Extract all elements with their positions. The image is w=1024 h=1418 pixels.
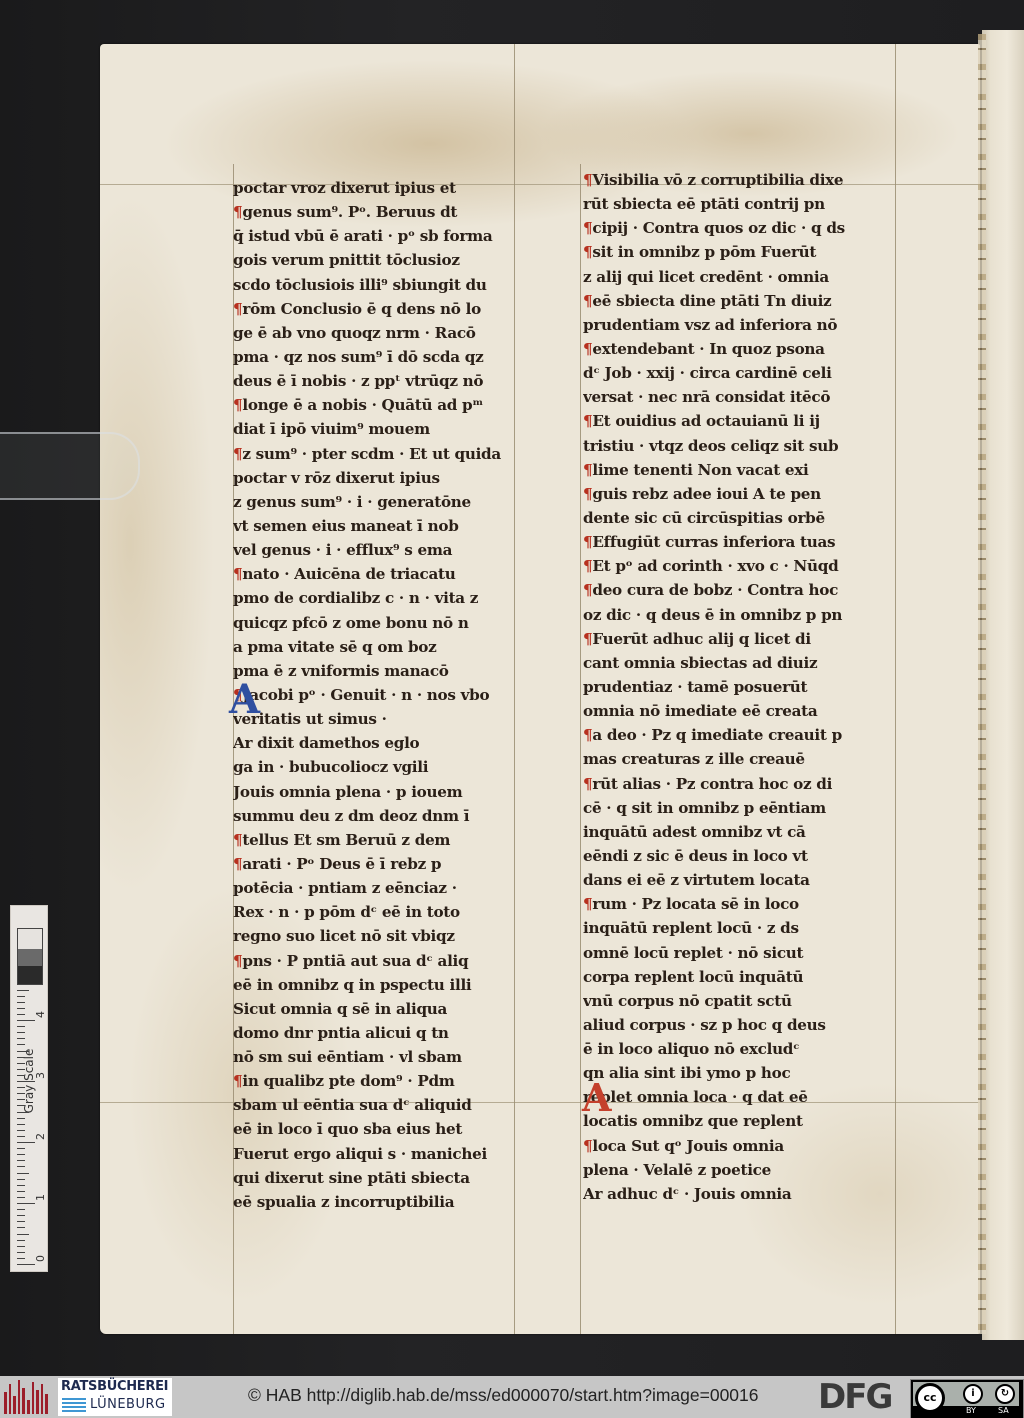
rubric-mark: ¶ [583, 726, 592, 744]
rubric-mark: ¶ [233, 565, 242, 583]
manuscript-line: qui dixerut sine ptāti sbiecta [233, 1166, 523, 1190]
hab-logo-icon[interactable] [4, 1380, 48, 1414]
ruler-tick [17, 1093, 25, 1094]
rubric-mark: ¶ [233, 300, 242, 318]
manuscript-line: ¶Fuerūt adhuc alij q licet di [583, 627, 903, 651]
logo-bar [45, 1394, 48, 1414]
manuscript-line: versat · nec nrā considat itēcō [583, 385, 903, 409]
ruler-tick [17, 1252, 25, 1253]
ruler-tick [17, 1246, 25, 1247]
ruler-tick [17, 1099, 25, 1100]
ruler-tick [17, 1240, 25, 1241]
text-column-left: poctar vroz dixerut ipius et¶genus sum⁹.… [233, 176, 523, 1214]
manuscript-line: pma ē z vniformis manacō [233, 659, 523, 683]
rubric-mark: ¶ [583, 630, 592, 648]
ruler-tick [17, 1014, 25, 1015]
manuscript-line: ¶guis rebz adee ioui A te pen [583, 482, 903, 506]
text-column-right: ¶Visibilia vō z corruptibilia dixerūt sb… [583, 168, 903, 1206]
manuscript-line: sbam ul eēntia sua dᶜ aliquid [233, 1093, 523, 1117]
manuscript-line: eēndi z sic ē deus in loco vt [583, 844, 903, 868]
ruler-tick [17, 1002, 25, 1003]
rubric-mark: ¶ [233, 396, 242, 414]
ruler-tick [17, 1063, 25, 1064]
ruler-tick [17, 1051, 29, 1052]
manuscript-line: ¶tellus Et sm Beruū z dem [233, 828, 523, 852]
ruler-tick [17, 1258, 25, 1259]
manuscript-line: inquātū adest omnibz vt cā [583, 820, 903, 844]
manuscript-line: dente sic cū circūspitias orbē [583, 506, 903, 530]
ruler-tick [17, 1160, 25, 1161]
rubric-mark: ¶ [233, 203, 242, 221]
manuscript-line: dans ei eē z virtutem locata [583, 868, 903, 892]
ruler-tick-number: 3 [34, 1072, 47, 1079]
manuscript-line: Jouis omnia plena · p iouem [233, 780, 523, 804]
manuscript-line: qn alia sint ibi ymo p hoc [583, 1061, 903, 1085]
ruler-tick [17, 1203, 35, 1204]
manuscript-line: pma · qz nos sum⁹ ī dō scda qz [233, 345, 523, 369]
rubric-mark: ¶ [233, 1072, 242, 1090]
manuscript-line: omnē locū replet · nō sicut [583, 941, 903, 965]
manuscript-line: ge ē ab vno quoqz nrm · Racō [233, 321, 523, 345]
ruler-tick [17, 1118, 25, 1119]
manuscript-line: potēcia · pntiam z eēnciaz · [233, 876, 523, 900]
manuscript-line: gois verum pnittit tōclusioz [233, 248, 523, 272]
plastic-page-clip [0, 432, 140, 500]
manuscript-line: ¶deo cura de bobz · Contra hoc [583, 578, 903, 602]
rubric-mark: ¶ [233, 445, 242, 463]
ruler-tick-number: 1 [34, 1194, 47, 1201]
manuscript-line: ga in · bubucoliocz vgili [233, 755, 523, 779]
manuscript-line: a pma vitate sē q om boz [233, 635, 523, 659]
manuscript-line: rūt sbiecta eē ptāti contrij pn [583, 192, 903, 216]
gray-scale-ruler: Gray Scale 01234 [10, 905, 48, 1272]
manuscript-line: ¶loca Sut qᵒ Jouis omnia [583, 1134, 903, 1158]
rubric-mark: ¶ [583, 557, 592, 575]
manuscript-line: ¶sit in omnibz p pōm Fuerūt [583, 240, 903, 264]
ruler-tick [17, 1148, 25, 1149]
manuscript-line: diat ī ipō viuim⁹ mouem [233, 417, 523, 441]
manuscript-line: aliud corpus · sz p hoc q deus [583, 1013, 903, 1037]
ruler-tick [17, 1020, 35, 1021]
manuscript-line: ¶extendebant · In quoz psona [583, 337, 903, 361]
rubric-mark: ¶ [233, 952, 242, 970]
rubric-mark: ¶ [583, 895, 592, 913]
manuscript-line: cē · q sit in omnibz p eēntiam [583, 796, 903, 820]
rubric-mark: ¶ [583, 581, 592, 599]
open-book-icon [62, 1398, 86, 1414]
manuscript-line: pmo de cordialibz c · n · vita z [233, 586, 523, 610]
dfg-logo[interactable]: DFG [818, 1380, 891, 1414]
logo-bar [41, 1384, 44, 1414]
logo-bar [9, 1384, 12, 1414]
manuscript-line: Ar adhuc dᶜ · Jouis omnia [583, 1182, 903, 1206]
logo-bar [18, 1380, 21, 1414]
ruler-tick [17, 1044, 25, 1045]
manuscript-line: ¶rum · Pz locata sē in loco [583, 892, 903, 916]
manuscript-line: ¶cipij · Contra quos oz dic · q ds [583, 216, 903, 240]
manuscript-line: ¶a deo · Pz q imediate creauit p [583, 723, 903, 747]
manuscript-line: ¶lime tenenti Non vacat exi [583, 458, 903, 482]
ruler-tick [17, 1185, 25, 1186]
rubric-mark: ¶ [233, 831, 242, 849]
ruler-tick [17, 996, 25, 997]
cc-by-sa-badge[interactable]: cc i ↻ BY SA [910, 1379, 1024, 1418]
ruler-tick [17, 1075, 25, 1076]
rubric-mark: ¶ [583, 219, 592, 237]
manuscript-line: deus ē ī nobis · z ppᵗ vtrūqz nō [233, 369, 523, 393]
ruler-tick [17, 1057, 25, 1058]
logo-bar [22, 1388, 25, 1414]
ruler-tick [17, 990, 29, 991]
logo-bar [13, 1396, 16, 1414]
manuscript-line: ¶arati · Pᵒ Deus ē ī rebz p [233, 852, 523, 876]
manuscript-line: ¶z sum⁹ · pter scdm · Et ut quida [233, 442, 523, 466]
ratsbuecherei-logo[interactable]: RATSBÜCHEREI LÜNEBURG [58, 1378, 172, 1416]
cc-icon: cc [915, 1383, 945, 1413]
rubric-mark: ¶ [583, 171, 592, 189]
manuscript-line: poctar vroz dixerut ipius et [233, 176, 523, 200]
logo-bar [4, 1392, 7, 1414]
manuscript-line: cant omnia sbiectas ad diuiz [583, 651, 903, 675]
manuscript-line: poctar v rōz dixerut ipius [233, 466, 523, 490]
manuscript-line: regno suo licet nō sit vbiqz [233, 924, 523, 948]
manuscript-line: Fuerut ergo aliqui s · manichei [233, 1142, 523, 1166]
gray-swatch-dark [17, 966, 43, 985]
manuscript-line: ¶genus sum⁹. Pᵒ. Beruus dt [233, 200, 523, 224]
ruler-tick [17, 1234, 29, 1235]
manuscript-line: oz dic · q deus ē in omnibz p pn [583, 603, 903, 627]
ruler-tick-number: 4 [34, 1011, 47, 1018]
ruler-tick-number: 0 [34, 1255, 47, 1262]
rubric-mark: ¶ [583, 1137, 592, 1155]
rubric-mark: ¶ [583, 461, 592, 479]
manuscript-line: nō sm sui eēntiam · vl sbam [233, 1045, 523, 1069]
manuscript-line: dᶜ Job · xxij · circa cardinē celi [583, 361, 903, 385]
manuscript-line: ¶rōm Conclusio ē q dens nō lo [233, 297, 523, 321]
rubric-mark: ¶ [583, 340, 592, 358]
by-attribution-icon: i [963, 1384, 983, 1404]
manuscript-line: ¶in qualibz pte dom⁹ · Pdm [233, 1069, 523, 1093]
manuscript-line: scdo tōclusiois illi⁹ sbiungit du [233, 273, 523, 297]
logo-bar [32, 1382, 35, 1414]
manuscript-line: inquātū replent locū · z ds [583, 916, 903, 940]
manuscript-line: ¶eē sbiecta dine ptāti Tn diuiz [583, 289, 903, 313]
by-label: BY [966, 1406, 976, 1415]
decorated-initial-blue: A [229, 680, 263, 720]
ruler-tick [17, 1038, 25, 1039]
manuscript-line: q̄ istud vbū ē arati · pᵒ sb forma [233, 224, 523, 248]
manuscript-line: quicqz pfcō z ome bonu nō n [233, 611, 523, 635]
ruling-line-center-right [580, 164, 581, 1334]
rubric-mark: ¶ [583, 533, 592, 551]
ruler-tick-number: 2 [34, 1133, 47, 1140]
ruler-tick [17, 1112, 29, 1113]
manuscript-line: ¶Et ouidius ad octauianū li ij [583, 409, 903, 433]
rubric-mark: ¶ [583, 243, 592, 261]
rubric-mark: ¶ [583, 292, 592, 310]
ruler-tick [17, 1124, 25, 1125]
manuscript-line: z genus sum⁹ · i · generatōne [233, 490, 523, 514]
ruler-tick [17, 1209, 25, 1210]
ruler-tick [17, 1173, 29, 1174]
ruler-tick [17, 1026, 25, 1027]
decorated-initial-red: A [582, 1078, 612, 1118]
manuscript-line: ¶pns · P pntiā aut sua dᶜ aliq [233, 949, 523, 973]
ruler-tick [17, 1142, 35, 1143]
manuscript-line: z alij qui licet credēnt · omnia [583, 265, 903, 289]
ruler-tick [17, 1069, 25, 1070]
manuscript-line: vel genus · i · efflux⁹ s ema [233, 538, 523, 562]
rubric-mark: ¶ [583, 412, 592, 430]
manuscript-line: ē in loco aliquo nō excludᶜ [583, 1037, 903, 1061]
logo-bar [27, 1400, 30, 1414]
manuscript-line: ¶nato · Auicēna de triacatu [233, 562, 523, 586]
manuscript-line: summu deu z dm deoz dnm ī [233, 804, 523, 828]
ruler-tick [17, 1191, 25, 1192]
manuscript-line: mas creaturas z ille creauē [583, 747, 903, 771]
ruler-tick [17, 1264, 35, 1265]
manuscript-line: tristiu · vtqz deos celiqz sit sub [583, 434, 903, 458]
ruler-tick [17, 1136, 25, 1137]
ruler-tick [17, 1081, 35, 1082]
manuscript-line: vt semen eius maneat ī nob [233, 514, 523, 538]
manuscript-line: domo dnr pntia alicui q tn [233, 1021, 523, 1045]
book-binding-strip [982, 30, 1024, 1340]
manuscript-line: eē spualia z incorruptibilia [233, 1190, 523, 1214]
manuscript-line: eē in loco ī quo sba eius het [233, 1117, 523, 1141]
logo-bar [36, 1390, 39, 1414]
rubric-mark: ¶ [583, 485, 592, 503]
manuscript-line: prudentiaz · tamē posuerūt [583, 675, 903, 699]
manuscript-line: plena · Velalē z poetice [583, 1158, 903, 1182]
manuscript-line: omnia nō imediate eē creata [583, 699, 903, 723]
manuscript-line: prudentiam vsz ad inferiora nō [583, 313, 903, 337]
manuscript-line: ¶Effugiūt curras inferiora tuas [583, 530, 903, 554]
ruler-tick [17, 1008, 25, 1009]
manuscript-line: ¶Et pᵒ ad corinth · xvo c · Nūqd [583, 554, 903, 578]
sa-share-alike-icon: ↻ [995, 1384, 1015, 1404]
gray-swatch-mid [17, 949, 43, 966]
ruler-tick [17, 1087, 25, 1088]
ruler-tick [17, 1227, 25, 1228]
manuscript-line: ¶longe ē a nobis · Quātū ad pᵐ [233, 393, 523, 417]
copyright-url-link[interactable]: © HAB http://diglib.hab.de/mss/ed000070/… [248, 1385, 759, 1406]
manuscript-line: replet omnia loca · q dat eē [583, 1085, 903, 1109]
manuscript-line: veritatis ut simus · [233, 707, 523, 731]
manuscript-line: Sicut omnia q sē in aliqua [233, 997, 523, 1021]
manuscript-line: eē in omnibz q in pspectu illi [233, 973, 523, 997]
ruler-tick [17, 1154, 25, 1155]
rubric-mark: ¶ [233, 855, 242, 873]
manuscript-line: ¶Jacobi pᵒ · Genuit · n · nos vbo [233, 683, 523, 707]
manuscript-line: Ar dixit damethos eglo [233, 731, 523, 755]
manuscript-line: corpa replent locū inquātū [583, 965, 903, 989]
rubric-mark: ¶ [583, 775, 592, 793]
gray-swatch-light [17, 928, 43, 949]
ruler-tick [17, 1221, 25, 1222]
ruler-tick [17, 1166, 25, 1167]
ruler-tick [17, 1032, 25, 1033]
manuscript-line: locatis omnibz que replent [583, 1109, 903, 1133]
ruler-tick [17, 1105, 25, 1106]
manuscript-line: Rex · n · p pōm dᶜ eē in toto [233, 900, 523, 924]
ruler-tick [17, 1179, 25, 1180]
manuscript-line: ¶Visibilia vō z corruptibilia dixe [583, 168, 903, 192]
ruler-tick [17, 1130, 25, 1131]
manuscript-line: vnū corpus nō cpatit sctū [583, 989, 903, 1013]
sa-label: SA [998, 1406, 1009, 1415]
ruler-tick [17, 1197, 25, 1198]
ruler-tick [17, 1215, 25, 1216]
footer-bar: RATSBÜCHEREI LÜNEBURG © HAB http://digli… [0, 1376, 1024, 1418]
manuscript-line: ¶rūt alias · Pz contra hoc oz di [583, 772, 903, 796]
gutter-edge [978, 34, 986, 1334]
